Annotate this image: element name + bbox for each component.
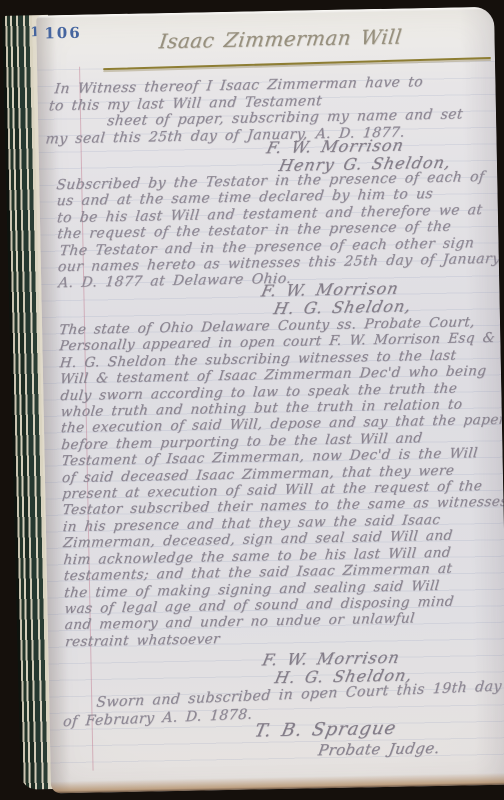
entry-title: Isaac Zimmerman Will [125, 24, 436, 54]
signature-probate-judge: T. B. Sprague [253, 718, 399, 742]
attestation-signatures: F. W. Morrison H. G. Sheldon, [259, 279, 409, 318]
probate-judge-title: Probate Judge. [317, 739, 441, 759]
page-number: 106 [44, 24, 82, 43]
probate-deposition: The state of Ohio Delaware County ss. Pr… [58, 314, 498, 650]
deposition-signatures: F. W. Morrison H. G. Sheldon, [260, 649, 410, 688]
record-book-page: 106 Isaac Zimmerman Will In Witness ther… [36, 7, 504, 794]
attestation-clause: Subscribed by the Testator in the presen… [55, 169, 491, 292]
